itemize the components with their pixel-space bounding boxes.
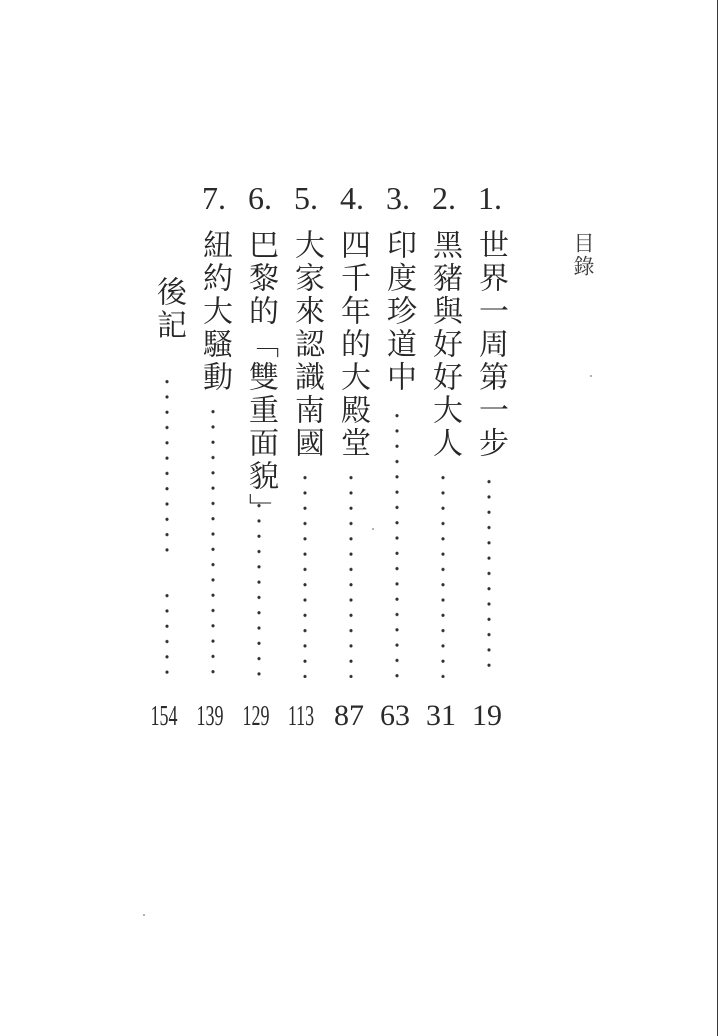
entry-number-4: 4. — [329, 178, 375, 218]
scan-speck — [590, 375, 592, 377]
toc-entry-3-page[interactable]: 63 — [370, 696, 420, 736]
dot-leader-afterword-lower — [165, 588, 169, 678]
toc-entry-7-title[interactable]: 紐約大騷動 — [196, 229, 232, 394]
toc-entry-1-title[interactable]: 世界一周第一步 — [472, 229, 508, 460]
entry-number-3: 3. — [375, 178, 421, 218]
toc-entry-2-page[interactable]: 31 — [416, 696, 466, 736]
toc-entry-6-page[interactable]: 129 — [241, 696, 272, 736]
dot-leader-afterword-upper — [165, 374, 169, 560]
dot-leader-6 — [257, 498, 261, 678]
book-page: 目錄 1. 2. 3. 4. 5. 6. 7. 世界一周第一步 19 黑豬與好好… — [0, 0, 720, 1036]
entry-number-5: 5. — [283, 178, 329, 218]
entry-number-6: 6. — [237, 178, 283, 218]
scan-speck — [143, 914, 145, 916]
scan-speck — [372, 528, 374, 530]
dot-leader-1 — [487, 474, 491, 678]
toc-entry-1-page[interactable]: 19 — [462, 696, 512, 736]
toc-entry-7-page[interactable]: 139 — [195, 696, 226, 736]
entry-number-1: 1. — [467, 178, 513, 218]
toc-title: 目錄 — [571, 232, 595, 278]
dot-leader-2 — [441, 470, 445, 678]
toc-entry-5-page[interactable]: 113 — [286, 696, 317, 736]
entry-number-7: 7. — [191, 178, 237, 218]
toc-entry-4-page[interactable]: 87 — [324, 696, 374, 736]
toc-afterword-page[interactable]: 154 — [149, 696, 180, 736]
toc-entry-6-title[interactable]: 巴黎的「雙重面貌」 — [242, 229, 278, 526]
page-edge-border — [717, 0, 718, 1036]
dot-leader-4 — [349, 470, 353, 678]
dot-leader-3 — [395, 408, 399, 678]
entry-number-2: 2. — [421, 178, 467, 218]
toc-entry-4-title[interactable]: 四千年的大殿堂 — [334, 229, 370, 460]
toc-entry-3-title[interactable]: 印度珍道中 — [380, 229, 416, 394]
toc-entry-5-title[interactable]: 大家來認識南國 — [288, 229, 324, 460]
dot-leader-7 — [211, 404, 215, 678]
toc-entry-2-title[interactable]: 黑豬與好好大人 — [426, 229, 462, 460]
dot-leader-5 — [303, 470, 307, 678]
toc-afterword-title[interactable]: 後記 — [150, 276, 186, 342]
